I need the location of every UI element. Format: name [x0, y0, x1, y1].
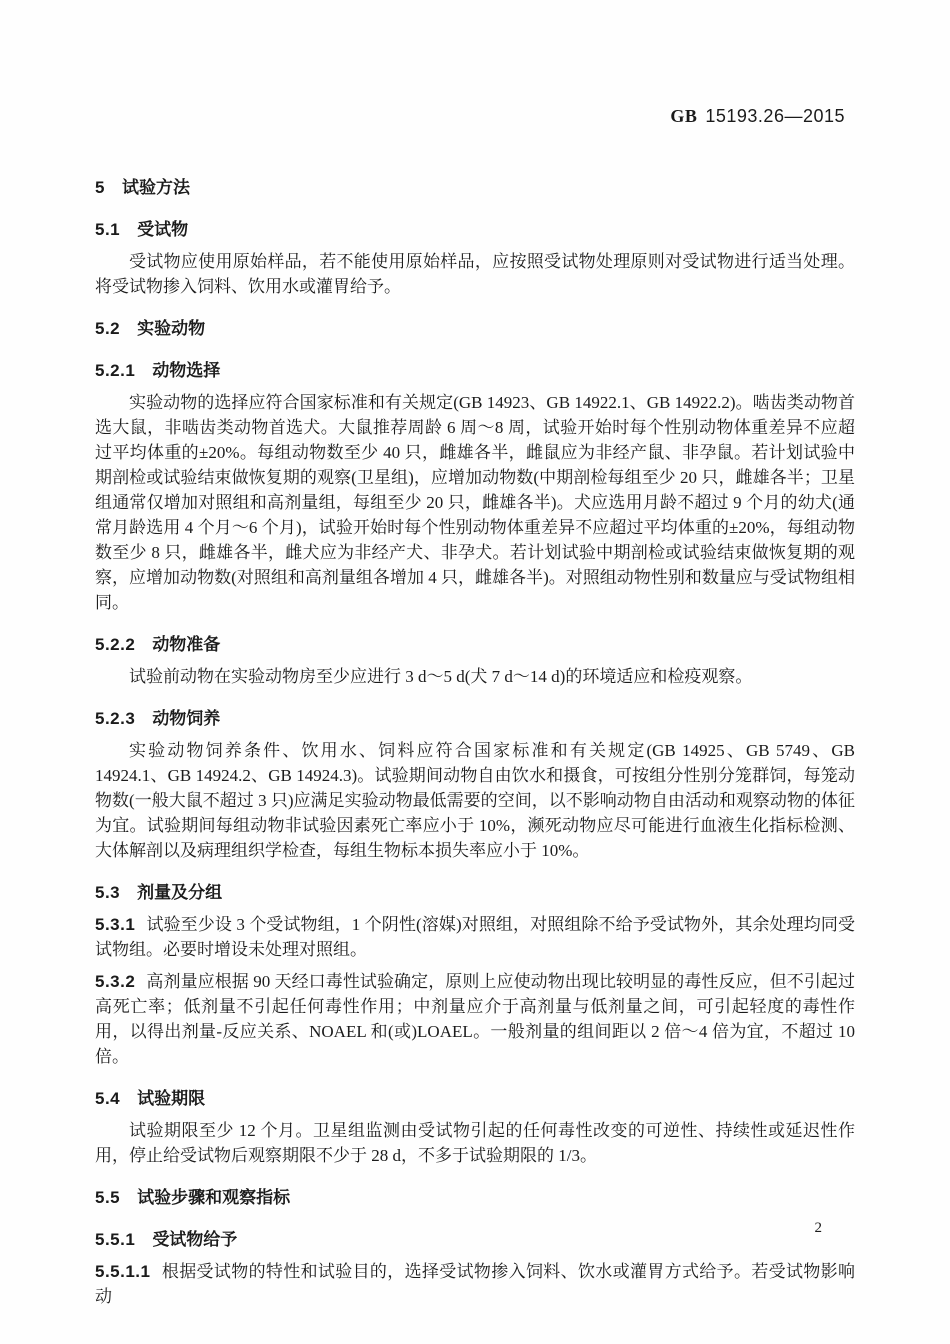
section-number: 5.5	[95, 1185, 120, 1210]
section-heading-5-4: 5.4试验期限	[95, 1086, 855, 1111]
chapter-title: 试验方法	[122, 178, 190, 197]
document-body: 5试验方法 5.1受试物 受试物应使用原始样品，若不能使用原始样品，应按照受试物…	[95, 108, 855, 1309]
subsection-heading-5-2-2: 5.2.2动物准备	[95, 632, 855, 657]
header-spacer	[95, 108, 855, 133]
paragraph-5-2-1: 实验动物的选择应符合国家标准和有关规定(GB 14923、GB 14922.1、…	[95, 390, 855, 615]
clause-5-3-2: 5.3.2高剂量应根据 90 天经口毒性试验确定，原则上应使动物出现比较明显的毒…	[95, 969, 855, 1069]
section-number: 5.3	[95, 880, 120, 905]
section-heading-5-3: 5.3剂量及分组	[95, 880, 855, 905]
section-heading-5-2: 5.2实验动物	[95, 316, 855, 341]
clause-number: 5.5.1.1	[95, 1262, 151, 1281]
paragraph-5-4: 试验期限至少 12 个月。卫星组监测由受试物引起的任何毒性改变的可逆性、持续性或…	[95, 1118, 855, 1168]
paragraph-5-1: 受试物应使用原始样品，若不能使用原始样品，应按照受试物处理原则对受试物进行适当处…	[95, 249, 855, 299]
subsection-title: 动物选择	[152, 361, 220, 380]
section-title: 试验期限	[137, 1089, 205, 1108]
page-number: 2	[815, 1220, 823, 1237]
clause-text: 试验至少设 3 个受试物组，1 个阴性(溶媒)对照组，对照组除不给予受试物外，其…	[95, 915, 855, 959]
subsection-number: 5.5.1	[95, 1227, 135, 1252]
paragraph-5-2-3: 实验动物饲养条件、饮用水、饲料应符合国家标准和有关规定(GB 14925、GB …	[95, 738, 855, 863]
subsection-heading-5-5-1: 5.5.1受试物给予	[95, 1227, 855, 1252]
clause-5-3-1: 5.3.1试验至少设 3 个受试物组，1 个阴性(溶媒)对照组，对照组除不给予受…	[95, 912, 855, 962]
clause-5-5-1-1: 5.5.1.1根据受试物的特性和试验目的，选择受试物掺入饲料、饮水或灌胃方式给予…	[95, 1259, 855, 1309]
section-title: 受试物	[137, 220, 188, 239]
clause-text: 高剂量应根据 90 天经口毒性试验确定，原则上应使动物出现比较明显的毒性反应，但…	[95, 972, 855, 1066]
subsection-title: 受试物给予	[152, 1230, 237, 1249]
section-title: 剂量及分组	[137, 883, 222, 902]
section-number: 5.4	[95, 1086, 120, 1111]
subsection-heading-5-2-3: 5.2.3动物饲养	[95, 706, 855, 731]
clause-number: 5.3.2	[95, 972, 135, 991]
chapter-heading-5: 5试验方法	[95, 175, 855, 200]
paragraph-5-2-2: 试验前动物在实验动物房至少应进行 3 d～5 d(犬 7 d～14 d)的环境适…	[95, 664, 855, 689]
section-title: 实验动物	[137, 319, 205, 338]
subsection-number: 5.2.2	[95, 632, 135, 657]
subsection-title: 动物准备	[152, 635, 220, 654]
subsection-title: 动物饲养	[152, 709, 220, 728]
chapter-number: 5	[95, 175, 105, 200]
document-page: GB15193.26—2015 5试验方法 5.1受试物 受试物应使用原始样品，…	[0, 0, 950, 1344]
section-number: 5.2	[95, 316, 120, 341]
subsection-number: 5.2.3	[95, 706, 135, 731]
subsection-number: 5.2.1	[95, 358, 135, 383]
clause-number: 5.3.1	[95, 915, 135, 934]
clause-text: 根据受试物的特性和试验目的，选择受试物掺入饲料、饮水或灌胃方式给予。若受试物影响…	[95, 1262, 855, 1306]
section-heading-5-5: 5.5试验步骤和观察指标	[95, 1185, 855, 1210]
section-title: 试验步骤和观察指标	[137, 1188, 290, 1207]
section-number: 5.1	[95, 217, 120, 242]
subsection-heading-5-2-1: 5.2.1动物选择	[95, 358, 855, 383]
section-heading-5-1: 5.1受试物	[95, 217, 855, 242]
